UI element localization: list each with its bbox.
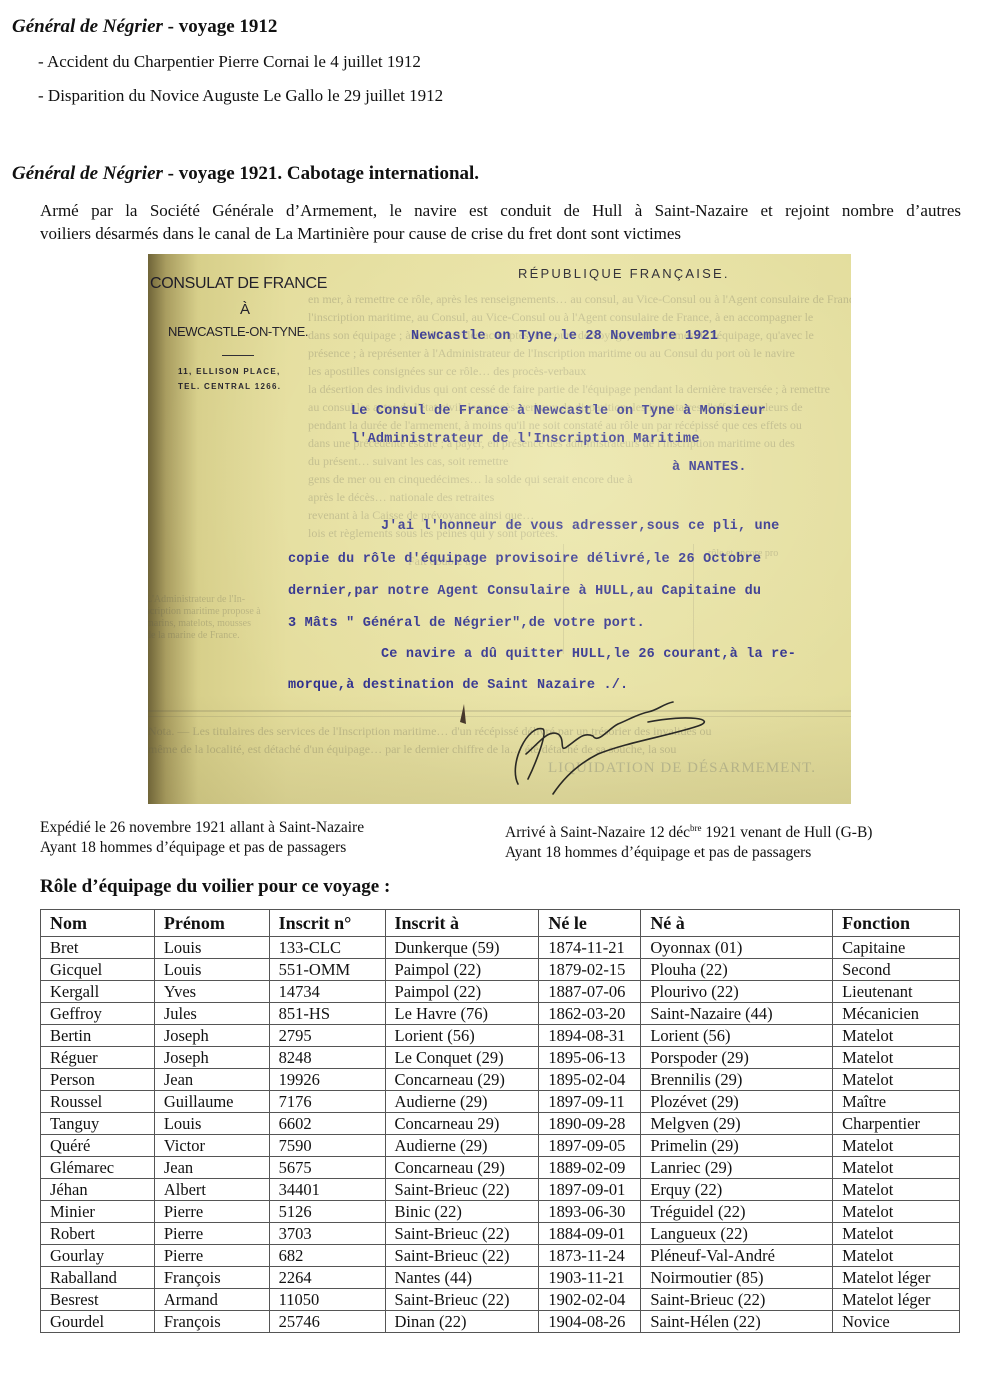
table-cell: 3703	[269, 1223, 385, 1245]
republic-header: RÉPUBLIQUE FRANÇAISE.	[518, 266, 730, 281]
table-cell: Kergall	[41, 981, 155, 1003]
caption-line: Ayant 18 hommes d’équipage et pas de pas…	[505, 843, 872, 863]
table-cell: Nantes (44)	[385, 1267, 539, 1289]
letter-date: Newcastle on Tyne,le 28 Novembre 1921	[411, 329, 718, 344]
letter-addressee: à NANTES.	[672, 460, 747, 475]
table-cell: Matelot	[833, 1025, 960, 1047]
table-cell: Jean	[154, 1157, 269, 1179]
table-cell: 1879-02-15	[539, 959, 641, 981]
column-header: Né à	[641, 910, 833, 937]
table-cell: 19926	[269, 1069, 385, 1091]
table-row: RaballandFrançois2264Nantes (44)1903-11-…	[41, 1267, 960, 1289]
table-cell: 1887-07-06	[539, 981, 641, 1003]
paragraph-line: voiliers désarmés dans le canal de La Ma…	[40, 222, 961, 245]
signature-icon	[448, 684, 728, 804]
crew-table: NomPrénomInscrit n°Inscrit àNé leNé àFon…	[40, 909, 960, 1333]
table-row: KergallYves14734Paimpol (22)1887-07-06Pl…	[41, 981, 960, 1003]
table-cell: Saint-Brieuc (22)	[385, 1245, 539, 1267]
table-cell: Porspoder (29)	[641, 1047, 833, 1069]
table-cell: Roussel	[41, 1091, 155, 1113]
table-cell: Dunkerque (59)	[385, 937, 539, 959]
table-cell: François	[154, 1311, 269, 1333]
table-cell: Victor	[154, 1135, 269, 1157]
table-cell: Paimpol (22)	[385, 959, 539, 981]
table-cell: 14734	[269, 981, 385, 1003]
ship-name: Général de Négrier	[12, 163, 163, 184]
table-row: GourdelFrançois25746Dinan (22)1904-08-26…	[41, 1311, 960, 1333]
table-cell: Dinan (22)	[385, 1311, 539, 1333]
table-cell: Mécanicien	[833, 1003, 960, 1025]
table-cell: 1894-08-31	[539, 1025, 641, 1047]
table-cell: Saint-Brieuc (22)	[385, 1179, 539, 1201]
table-cell: 7590	[269, 1135, 385, 1157]
column-header: Nom	[41, 910, 155, 937]
letter-body-line: dernier,par notre Agent Consulaire à HUL…	[288, 584, 761, 599]
table-cell: Plozévet (29)	[641, 1091, 833, 1113]
heading-suffix: - voyage 1912	[163, 16, 278, 37]
table-cell: Gourlay	[41, 1245, 155, 1267]
table-cell: Jéhan	[41, 1179, 155, 1201]
table-cell: 1889-02-09	[539, 1157, 641, 1179]
ship-name: Général de Négrier	[12, 16, 163, 37]
table-cell: 2264	[269, 1267, 385, 1289]
table-cell: Person	[41, 1069, 155, 1091]
table-cell: Pierre	[154, 1223, 269, 1245]
table-cell: Melgven (29)	[641, 1113, 833, 1135]
paragraph-line: Armé par la Société Générale d’Armement,…	[40, 199, 961, 222]
table-cell: Noirmoutier (85)	[641, 1267, 833, 1289]
table-row: QuéréVictor7590Audierne (29)1897-09-05Pr…	[41, 1135, 960, 1157]
table-cell: Besrest	[41, 1289, 155, 1311]
caption-line: Arrivé à Saint-Nazaire 12 décbre 1921 ve…	[505, 818, 872, 843]
table-cell: Bret	[41, 937, 155, 959]
table-cell: 851-HS	[269, 1003, 385, 1025]
table-row: GicquelLouis551-OMMPaimpol (22)1879-02-1…	[41, 959, 960, 981]
table-cell: Capitaine	[833, 937, 960, 959]
table-cell: 551-OMM	[269, 959, 385, 981]
table-cell: Matelot léger	[833, 1289, 960, 1311]
table-cell: Quéré	[41, 1135, 155, 1157]
table-cell: Matelot	[833, 1047, 960, 1069]
table-cell: Robert	[41, 1223, 155, 1245]
table-cell: 11050	[269, 1289, 385, 1311]
table-cell: Second	[833, 959, 960, 981]
table-cell: Gicquel	[41, 959, 155, 981]
table-cell: 682	[269, 1245, 385, 1267]
table-cell: Saint-Brieuc (22)	[641, 1289, 833, 1311]
table-cell: Albert	[154, 1179, 269, 1201]
table-cell: Gourdel	[41, 1311, 155, 1333]
table-cell: 5126	[269, 1201, 385, 1223]
table-cell: Matelot	[833, 1179, 960, 1201]
table-cell: 1902-02-04	[539, 1289, 641, 1311]
letterhead-city: NEWCASTLE-ON-TYNE.	[168, 324, 308, 339]
event-item: - Accident du Charpentier Pierre Cornai …	[38, 52, 421, 72]
table-cell: Tanguy	[41, 1113, 155, 1135]
table-row: BretLouis133-CLCDunkerque (59)1874-11-21…	[41, 937, 960, 959]
letter-body-line: copie du rôle d'équipage provisoire déli…	[288, 552, 761, 567]
intro-paragraph: Armé par la Société Générale d’Armement,…	[40, 199, 961, 245]
table-cell: Tréguidel (22)	[641, 1201, 833, 1223]
caption-line: Expédié le 26 novembre 1921 allant à Sai…	[40, 818, 364, 838]
table-cell: 1862-03-20	[539, 1003, 641, 1025]
table-cell: 7176	[269, 1091, 385, 1113]
table-cell: Lieutenant	[833, 981, 960, 1003]
table-cell: Louis	[154, 1113, 269, 1135]
table-cell: Jules	[154, 1003, 269, 1025]
table-row: RousselGuillaume7176Audierne (29)1897-09…	[41, 1091, 960, 1113]
table-cell: Saint-Brieuc (22)	[385, 1223, 539, 1245]
table-cell: 8248	[269, 1047, 385, 1069]
table-cell: Audierne (29)	[385, 1135, 539, 1157]
table-cell: 2795	[269, 1025, 385, 1047]
heading-suffix: - voyage 1921. Cabotage international.	[163, 163, 479, 184]
column-header: Prénom	[154, 910, 269, 937]
table-cell: Charpentier	[833, 1113, 960, 1135]
table-row: TanguyLouis6602Concarneau 29)1890-09-28M…	[41, 1113, 960, 1135]
table-cell: Novice	[833, 1311, 960, 1333]
letter-body-line: J'ai l'honneur de vous adresser,sous ce …	[381, 519, 779, 534]
table-cell: Réguer	[41, 1047, 155, 1069]
table-cell: Pléneuf-Val-André	[641, 1245, 833, 1267]
table-cell: 133-CLC	[269, 937, 385, 959]
table-cell: Plourivo (22)	[641, 981, 833, 1003]
table-cell: Lorient (56)	[641, 1025, 833, 1047]
table-cell: 5675	[269, 1157, 385, 1179]
column-header: Né le	[539, 910, 641, 937]
letter-addressee: l'Administrateur de l'Inscription Mariti…	[351, 432, 700, 447]
table-cell: Jean	[154, 1069, 269, 1091]
table-cell: François	[154, 1267, 269, 1289]
table-cell: Le Conquet (29)	[385, 1047, 539, 1069]
table-cell: Joseph	[154, 1025, 269, 1047]
table-cell: Saint-Hélen (22)	[641, 1311, 833, 1333]
letter-photo: en mer, à remettre ce rôle, après les re…	[148, 254, 851, 804]
table-cell: 1904-08-26	[539, 1311, 641, 1333]
table-cell: 1897-09-01	[539, 1179, 641, 1201]
crew-title: Rôle d’équipage du voilier pour ce voyag…	[40, 876, 390, 898]
heading-voyage-1912: Général de Négrier - voyage 1912	[12, 16, 277, 38]
table-cell: 1890-09-28	[539, 1113, 641, 1135]
table-row: BertinJoseph2795Lorient (56)1894-08-31Lo…	[41, 1025, 960, 1047]
column-header: Inscrit à	[385, 910, 539, 937]
table-cell: Matelot léger	[833, 1267, 960, 1289]
table-cell: Le Havre (76)	[385, 1003, 539, 1025]
table-row: RéguerJoseph8248Le Conquet (29)1895-06-1…	[41, 1047, 960, 1069]
table-cell: 1895-06-13	[539, 1047, 641, 1069]
table-cell: 1895-02-04	[539, 1069, 641, 1091]
table-cell: Concarneau 29)	[385, 1113, 539, 1135]
letter-body-line: Ce navire a dû quitter HULL,le 26 couran…	[381, 647, 796, 662]
letterhead-consulat: CONSULAT DE FRANCE	[150, 275, 327, 293]
letter-body-line: 3 Mâts " Général de Négrier",de votre po…	[288, 616, 645, 631]
table-cell: Matelot	[833, 1223, 960, 1245]
event-item: - Disparition du Novice Auguste Le Gallo…	[38, 86, 443, 106]
table-cell: Erquy (22)	[641, 1179, 833, 1201]
table-cell: 1897-09-11	[539, 1091, 641, 1113]
table-cell: Matelot	[833, 1135, 960, 1157]
table-cell: Concarneau (29)	[385, 1069, 539, 1091]
table-cell: Oyonnax (01)	[641, 937, 833, 959]
table-cell: Plouha (22)	[641, 959, 833, 981]
table-cell: Maître	[833, 1091, 960, 1113]
table-cell: 1874-11-21	[539, 937, 641, 959]
table-cell: Louis	[154, 937, 269, 959]
table-cell: Armand	[154, 1289, 269, 1311]
letterhead-address: 11, ELLISON PLACE,	[178, 367, 281, 376]
table-cell: Saint-Nazaire (44)	[641, 1003, 833, 1025]
table-cell: 25746	[269, 1311, 385, 1333]
table-cell: 34401	[269, 1179, 385, 1201]
table-cell: Geffroy	[41, 1003, 155, 1025]
table-cell: Louis	[154, 959, 269, 981]
table-cell: 1893-06-30	[539, 1201, 641, 1223]
table-cell: 1884-09-01	[539, 1223, 641, 1245]
table-cell: Binic (22)	[385, 1201, 539, 1223]
table-cell: Saint-Brieuc (22)	[385, 1289, 539, 1311]
table-cell: Matelot	[833, 1245, 960, 1267]
table-cell: Guillaume	[154, 1091, 269, 1113]
table-cell: Glémarec	[41, 1157, 155, 1179]
table-cell: Matelot	[833, 1157, 960, 1179]
letterhead-a: À	[240, 301, 250, 318]
table-row: PersonJean19926Concarneau (29)1895-02-04…	[41, 1069, 960, 1091]
table-cell: Matelot	[833, 1201, 960, 1223]
table-header-row: NomPrénomInscrit n°Inscrit àNé leNé àFon…	[41, 910, 960, 937]
table-row: BesrestArmand11050Saint-Brieuc (22)1902-…	[41, 1289, 960, 1311]
table-cell: Joseph	[154, 1047, 269, 1069]
table-cell: Lanriec (29)	[641, 1157, 833, 1179]
table-row: JéhanAlbert34401Saint-Brieuc (22)1897-09…	[41, 1179, 960, 1201]
table-cell: Bertin	[41, 1025, 155, 1047]
table-cell: 1897-09-05	[539, 1135, 641, 1157]
table-row: GlémarecJean5675Concarneau (29)1889-02-0…	[41, 1157, 960, 1179]
table-row: RobertPierre3703Saint-Brieuc (22)1884-09…	[41, 1223, 960, 1245]
table-cell: Concarneau (29)	[385, 1157, 539, 1179]
table-cell: Pierre	[154, 1245, 269, 1267]
column-header: Inscrit n°	[269, 910, 385, 937]
table-row: MinierPierre5126Binic (22)1893-06-30Trég…	[41, 1201, 960, 1223]
table-cell: Minier	[41, 1201, 155, 1223]
table-cell: Matelot	[833, 1069, 960, 1091]
column-header: Fonction	[833, 910, 960, 937]
table-row: GourlayPierre682Saint-Brieuc (22)1873-11…	[41, 1245, 960, 1267]
table-cell: Audierne (29)	[385, 1091, 539, 1113]
table-cell: Primelin (29)	[641, 1135, 833, 1157]
table-cell: Brennilis (29)	[641, 1069, 833, 1091]
table-cell: Lorient (56)	[385, 1025, 539, 1047]
table-cell: 6602	[269, 1113, 385, 1135]
table-cell: 1903-11-21	[539, 1267, 641, 1289]
table-cell: Pierre	[154, 1201, 269, 1223]
table-cell: 1873-11-24	[539, 1245, 641, 1267]
table-cell: Raballand	[41, 1267, 155, 1289]
caption-departure: Expédié le 26 novembre 1921 allant à Sai…	[40, 818, 364, 858]
table-cell: Langueux (22)	[641, 1223, 833, 1245]
heading-voyage-1921: Général de Négrier - voyage 1921. Cabota…	[12, 163, 479, 185]
letterhead-phone: TEL. CENTRAL 1266.	[178, 382, 281, 391]
caption-arrival: Arrivé à Saint-Nazaire 12 décbre 1921 ve…	[505, 818, 872, 863]
caption-line: Ayant 18 hommes d’équipage et pas de pas…	[40, 838, 364, 858]
letter-addressee: Le Consul de France à Newcastle on Tyne …	[351, 404, 766, 419]
table-cell: Paimpol (22)	[385, 981, 539, 1003]
table-row: GeffroyJules851-HSLe Havre (76)1862-03-2…	[41, 1003, 960, 1025]
table-cell: Yves	[154, 981, 269, 1003]
